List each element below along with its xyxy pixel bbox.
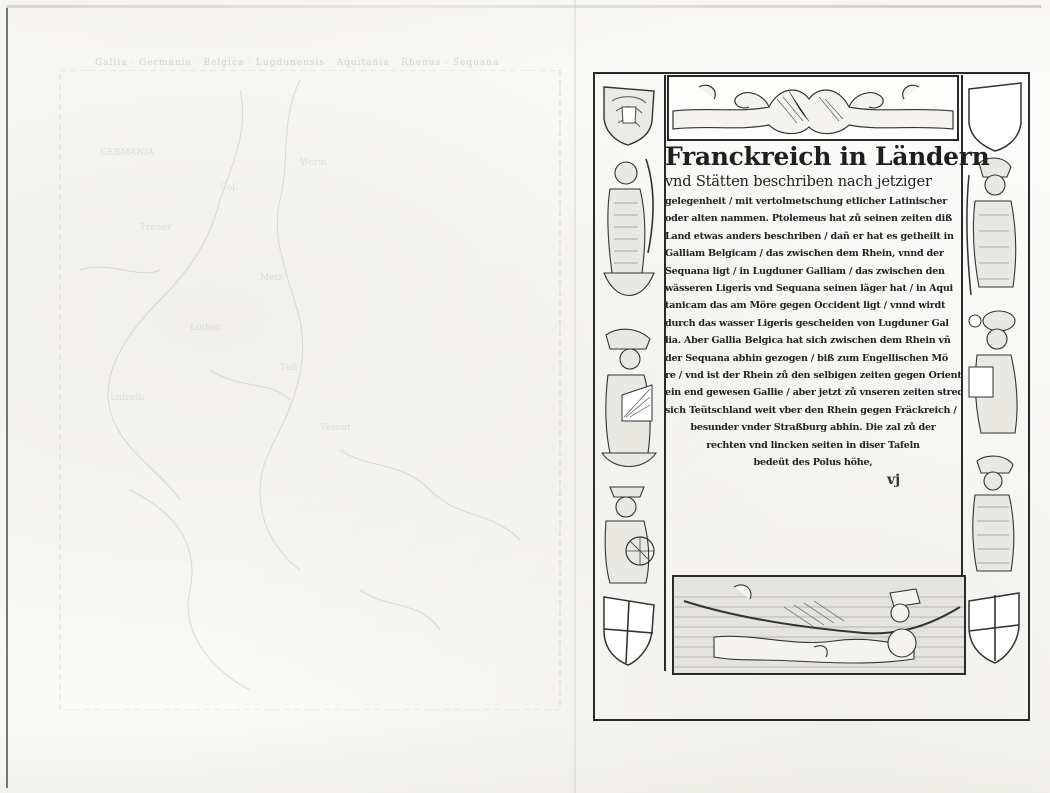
svg-text:GERMANIA: GERMANIA bbox=[100, 148, 155, 158]
body-line: Land etwas anders beschriben / dañ er ha… bbox=[665, 228, 961, 245]
svg-text:Tull: Tull bbox=[280, 363, 298, 373]
bottom-scene-panel bbox=[672, 575, 966, 675]
signature-mark: vj bbox=[887, 472, 900, 488]
scholar-figure-icon bbox=[596, 153, 662, 323]
centered-line: besunder vnder Straßburg abhin. Die zal … bbox=[665, 419, 961, 436]
reclining-figures-scene-icon bbox=[674, 577, 964, 673]
body-line: Galliam Belgicam / das zwischen dem Rhei… bbox=[665, 245, 961, 262]
body-line: lia. Aber Gallia Belgica hat sich zwisch… bbox=[665, 332, 961, 349]
svg-text:Lothar.: Lothar. bbox=[190, 323, 222, 333]
centered-line: bedeüt des Polus höhe, bbox=[665, 454, 961, 471]
body-line: re / vnd ist der Rhein zů den selbigen z… bbox=[665, 367, 961, 384]
paper-left-edge bbox=[6, 8, 8, 788]
left-border-column bbox=[596, 75, 666, 671]
ribbon-scroll-icon bbox=[669, 77, 957, 139]
svg-text:Vesont: Vesont bbox=[319, 423, 351, 433]
svg-text:Treuer: Treuer bbox=[140, 223, 172, 233]
svg-text:Metz: Metz bbox=[260, 273, 283, 283]
eagle-shield-icon bbox=[598, 81, 660, 147]
paper-top-edge bbox=[6, 5, 1041, 8]
show-through-header-text: Gallia · Germania · Belgica · Lugdunensi… bbox=[95, 58, 965, 68]
body-line: der Sequana abhin gezogen / biß zum Enge… bbox=[665, 350, 961, 367]
armillary-figure-icon bbox=[596, 479, 662, 589]
paper-sheet: Gallia · Germania · Belgica · Lugdunensi… bbox=[0, 0, 1050, 793]
document-subtitle: vnd Stätten beschriben nach jetziger bbox=[665, 172, 961, 192]
body-line: ein end gewesen Gallie / aber jetzt zů v… bbox=[665, 384, 961, 401]
body-line: oder alten nammen. Ptolemeus hat zů sein… bbox=[665, 210, 961, 227]
svg-text:Worm: Worm bbox=[300, 158, 327, 168]
cross-shield-icon bbox=[600, 591, 658, 667]
body-line: sich Teütschland weit vber den Rhein geg… bbox=[665, 402, 961, 419]
woodcut-title-frame: Franckreich in Ländern vnd Stätten besch… bbox=[593, 72, 1030, 721]
body-line: durch das wasser Ligeris gescheiden von … bbox=[665, 315, 961, 332]
title-text-block: Franckreich in Ländern vnd Stätten besch… bbox=[665, 140, 961, 572]
centered-line: rechten vnd lincken seiten in diser Tafe… bbox=[665, 437, 961, 454]
svg-text:Lutzelb.: Lutzelb. bbox=[110, 393, 147, 403]
bearded-man-figure-icon bbox=[963, 155, 1025, 305]
body-line: Sequana ligt / in Lugduner Galliam / das… bbox=[665, 263, 961, 280]
astronomer-figure-icon bbox=[596, 325, 662, 475]
body-line: wässeren Ligeris vnd Sequana seinen läge… bbox=[665, 280, 961, 297]
robed-figure-icon bbox=[963, 451, 1025, 581]
turbaned-figure-icon bbox=[963, 307, 1025, 447]
document-title: Franckreich in Ländern bbox=[665, 140, 961, 174]
document-body: gelegenheit / mit vertolmetschung etlich… bbox=[665, 193, 961, 472]
cross-shield-right-icon bbox=[965, 587, 1023, 665]
show-through-map: GERMANIA Col. Worm Treuer Metz Lothar. L… bbox=[40, 70, 580, 710]
svg-text:Col.: Col. bbox=[220, 183, 238, 193]
body-line: tanicam das am Möre gegen Occident ligt … bbox=[665, 297, 961, 314]
body-line: gelegenheit / mit vertolmetschung etlich… bbox=[665, 193, 961, 210]
top-banner-panel bbox=[667, 75, 959, 141]
